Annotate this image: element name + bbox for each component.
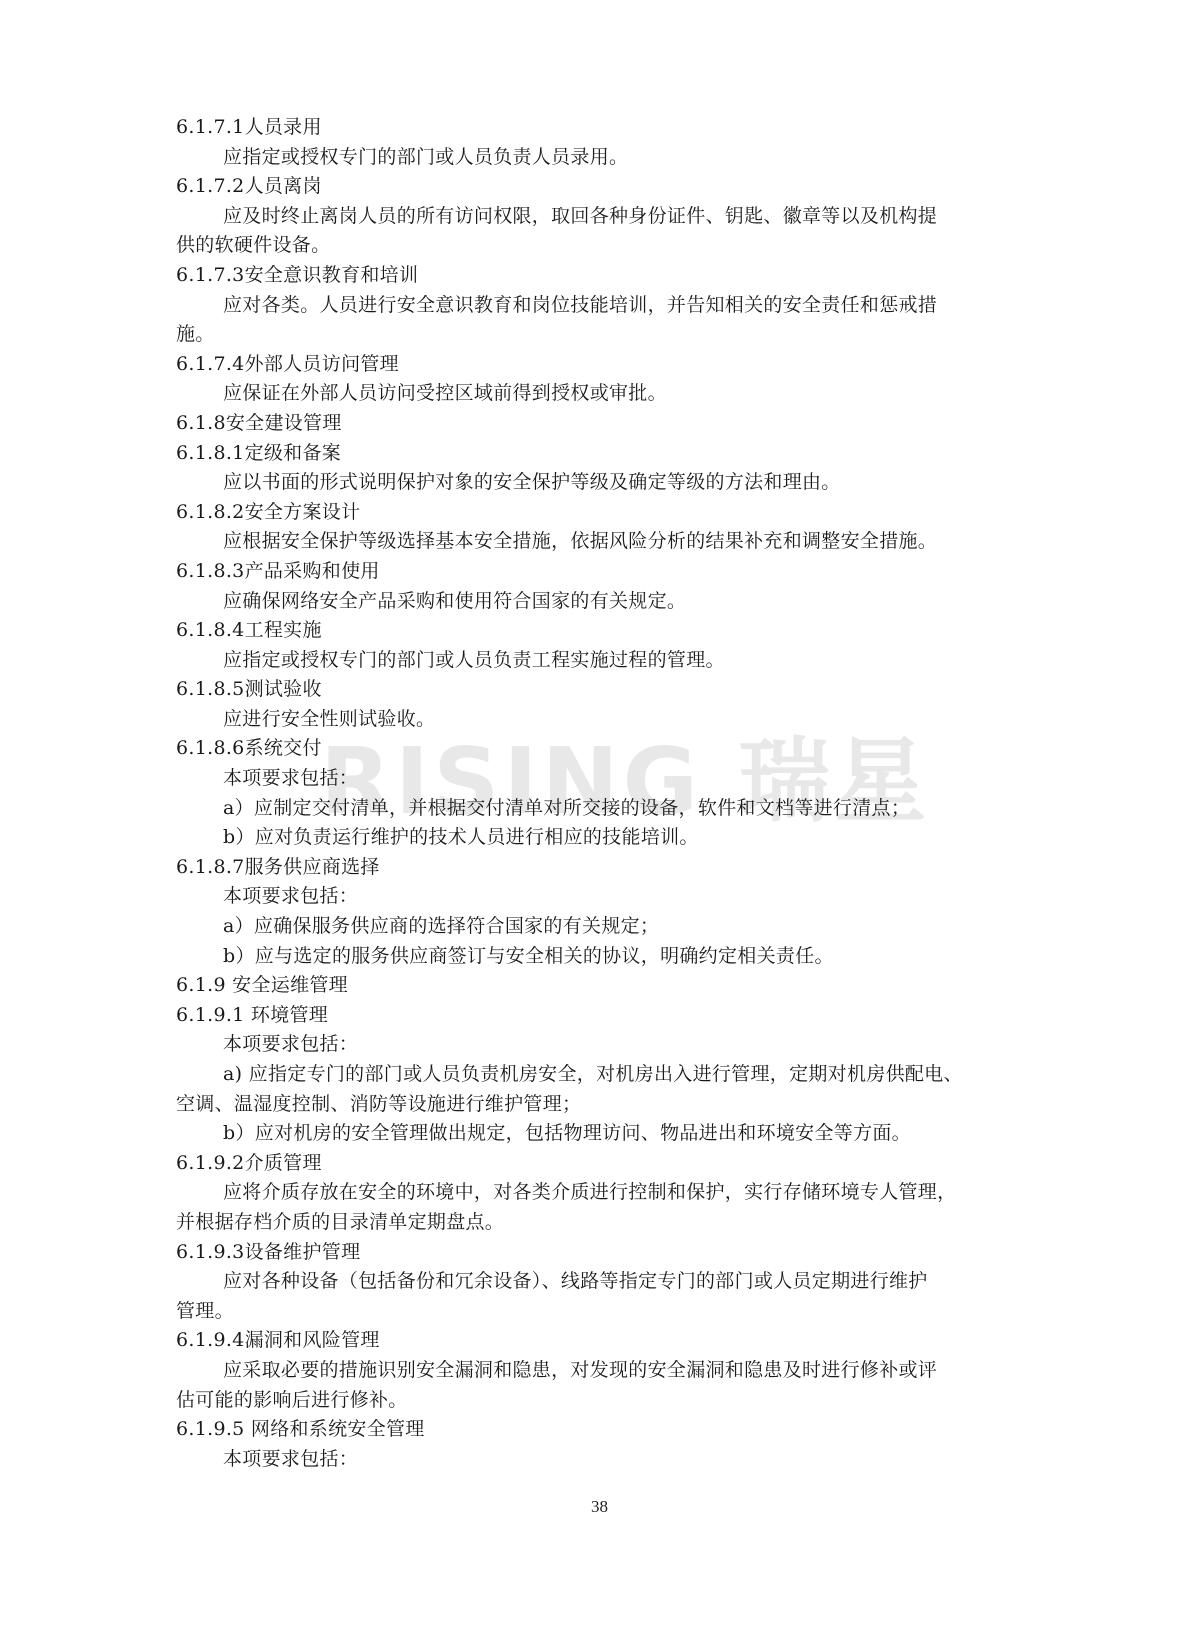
paragraph-line: 本项要求包括： [176, 1030, 1016, 1060]
section-heading: 6.1.9.5 网络和系统安全管理 [176, 1415, 1016, 1445]
paragraph-line: 本项要求包括： [176, 882, 1016, 912]
section-heading: 6.1.9 安全运维管理 [176, 971, 1016, 1001]
paragraph-line: 应对各种设备（包括备份和冗余设备）、线路等指定专门的部门或人员定期进行维护 [176, 1267, 1016, 1297]
section-heading: 6.1.8.5测试验收 [176, 675, 1016, 705]
paragraph-line: a）应制定交付清单，并根据交付清单对所交接的设备，软件和文档等进行清点； [176, 794, 1016, 824]
paragraph-line: 应根据安全保护等级选择基本安全措施，依据风险分析的结果补充和调整安全措施。 [176, 527, 1016, 557]
paragraph-line: 本项要求包括： [176, 764, 1016, 794]
section-heading: 6.1.9.2介质管理 [176, 1149, 1016, 1179]
paragraph-line: 应采取必要的措施识别安全漏洞和隐患，对发现的安全漏洞和隐患及时进行修补或评 [176, 1356, 1016, 1386]
paragraph-line: 应进行安全性则试验收。 [176, 705, 1016, 735]
paragraph-line: a) 应指定专门的部门或人员负责机房安全，对机房出入进行管理，定期对机房供配电、 [176, 1060, 1016, 1090]
paragraph-line: 应保证在外部人员访问受控区域前得到授权或审批。 [176, 379, 1016, 409]
section-heading: 6.1.7.1人员录用 [176, 113, 1016, 143]
paragraph-line: 应指定或授权专门的部门或人员负责工程实施过程的管理。 [176, 646, 1016, 676]
section-heading: 6.1.9.3设备维护管理 [176, 1238, 1016, 1268]
section-heading: 6.1.9.4漏洞和风险管理 [176, 1326, 1016, 1356]
paragraph-line: 应以书面的形式说明保护对象的安全保护等级及确定等级的方法和理由。 [176, 468, 1016, 498]
paragraph-line: 应及时终止离岗人员的所有访问权限，取回各种身份证件、钥匙、徽章等以及机构提 [176, 202, 1016, 232]
section-heading: 6.1.8.4工程实施 [176, 616, 1016, 646]
paragraph-continuation: 并根据存档介质的目录清单定期盘点。 [176, 1208, 1016, 1238]
paragraph-line: 应将介质存放在安全的环境中，对各类介质进行控制和保护，实行存储环境专人管理， [176, 1178, 1016, 1208]
paragraph-line: 应确保网络安全产品采购和使用符合国家的有关规定。 [176, 587, 1016, 617]
paragraph-continuation: 供的软硬件设备。 [176, 231, 1016, 261]
section-heading: 6.1.9.1 环境管理 [176, 1001, 1016, 1031]
paragraph-line: b）应对机房的安全管理做出规定，包括物理访问、物品进出和环境安全等方面。 [176, 1119, 1016, 1149]
paragraph-continuation: 空调、温湿度控制、消防等设施进行维护管理； [176, 1090, 1016, 1120]
section-heading: 6.1.8.6系统交付 [176, 734, 1016, 764]
paragraph-continuation: 施。 [176, 320, 1016, 350]
section-heading: 6.1.7.4外部人员访问管理 [176, 350, 1016, 380]
document-page: RISING 瑞星 6.1.7.1人员录用应指定或授权专门的部门或人员负责人员录… [0, 0, 1199, 1627]
paragraph-line: 本项要求包括： [176, 1445, 1016, 1475]
section-heading: 6.1.8.2安全方案设计 [176, 498, 1016, 528]
paragraph-line: a）应确保服务供应商的选择符合国家的有关规定； [176, 912, 1016, 942]
paragraph-continuation: 管理。 [176, 1297, 1016, 1327]
paragraph-continuation: 估可能的影响后进行修补。 [176, 1386, 1016, 1416]
section-heading: 6.1.8.7服务供应商选择 [176, 853, 1016, 883]
paragraph-line: b）应对负责运行维护的技术人员进行相应的技能培训。 [176, 823, 1016, 853]
section-heading: 6.1.8安全建设管理 [176, 409, 1016, 439]
paragraph-line: b）应与选定的服务供应商签订与安全相关的协议，明确约定相关责任。 [176, 942, 1016, 972]
paragraph-line: 应对各类。人员进行安全意识教育和岗位技能培训，并告知相关的安全责任和惩戒措 [176, 291, 1016, 321]
page-number: 38 [0, 1497, 1199, 1517]
section-heading: 6.1.8.3产品采购和使用 [176, 557, 1016, 587]
section-heading: 6.1.7.2人员离岗 [176, 172, 1016, 202]
section-heading: 6.1.7.3安全意识教育和培训 [176, 261, 1016, 291]
document-body: 6.1.7.1人员录用应指定或授权专门的部门或人员负责人员录用。6.1.7.2人… [176, 113, 1016, 1474]
section-heading: 6.1.8.1定级和备案 [176, 439, 1016, 469]
paragraph-line: 应指定或授权专门的部门或人员负责人员录用。 [176, 143, 1016, 173]
